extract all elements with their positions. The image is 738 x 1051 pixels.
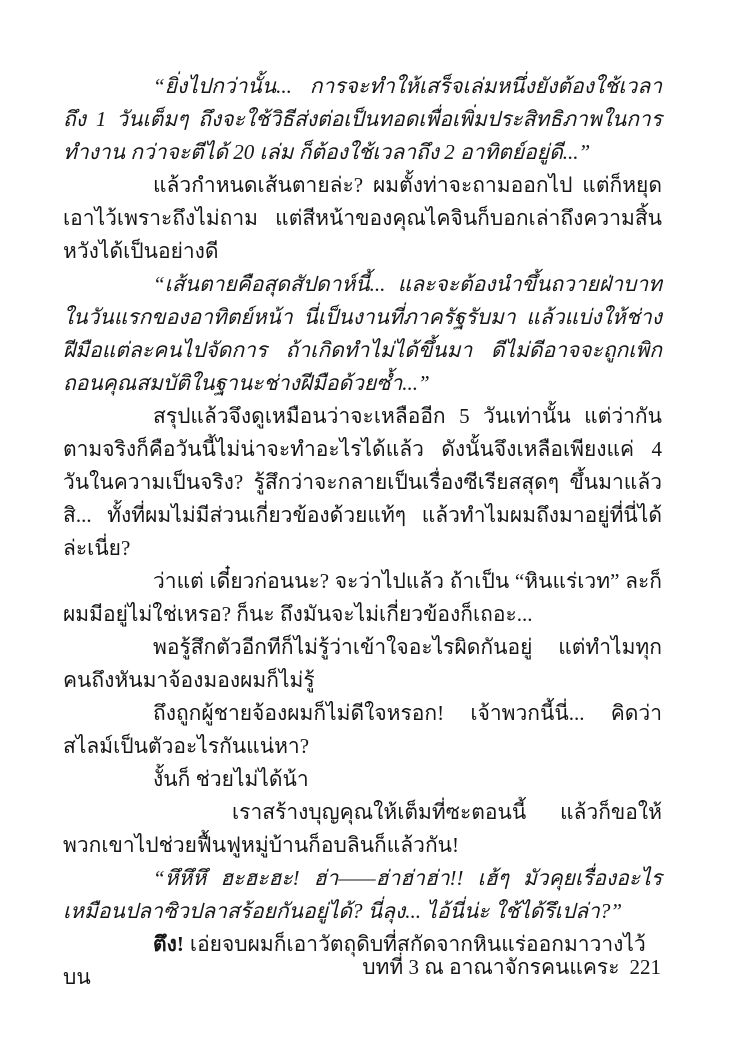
paragraph-dialogue: “ยิ่งไปกว่านั้น... การจะทำให้เสร็จเล่มหน…	[63, 70, 662, 169]
paragraph-narration: พอรู้สึกตัวอีกทีก็ไม่รู้ว่าเข้าใจอะไรผิด…	[63, 631, 662, 697]
chapter-title: บทที่ 3 ณ อาณาจักรคนแคระ	[362, 955, 619, 979]
page-body-text: “ยิ่งไปกว่านั้น... การจะทำให้เสร็จเล่มหน…	[63, 70, 662, 994]
sound-effect-text: ตึง!	[153, 932, 190, 956]
paragraph-dialogue: “เส้นตายคือสุดสัปดาห์นี้... และจะต้องนำข…	[63, 268, 662, 400]
page-number: 221	[630, 955, 662, 979]
book-page: “ยิ่งไปกว่านั้น... การจะทำให้เสร็จเล่มหน…	[0, 0, 738, 1051]
page-footer: บทที่ 3 ณ อาณาจักรคนแคระ221	[362, 952, 661, 982]
paragraph-narration-deep-indent: เราสร้างบุญคุณให้เต็มที่ซะตอนนี้ แล้วก็ข…	[63, 796, 662, 862]
paragraph-narration: แล้วกำหนดเส้นตายล่ะ? ผมตั้งท่าจะถามออกไป…	[63, 169, 662, 268]
paragraph-dialogue: “หึหึหึ ฮะฮะฮะ! ฮ่า——ฮ่าฮ่าฮ่า!! เฮ้ๆ มั…	[63, 862, 662, 928]
paragraph-narration: ถึงถูกผู้ชายจ้องผมก็ไม่ดีใจหรอก! เจ้าพวก…	[63, 697, 662, 763]
paragraph-narration: สรุปแล้วจึงดูเหมือนว่าจะเหลืออีก 5 วันเท…	[63, 400, 662, 565]
paragraph-narration: ว่าแต่ เดี๋ยวก่อนนะ? จะว่าไปแล้ว ถ้าเป็น…	[63, 565, 662, 631]
paragraph-narration: งั้นก็ ช่วยไม่ได้น้า	[63, 763, 662, 796]
